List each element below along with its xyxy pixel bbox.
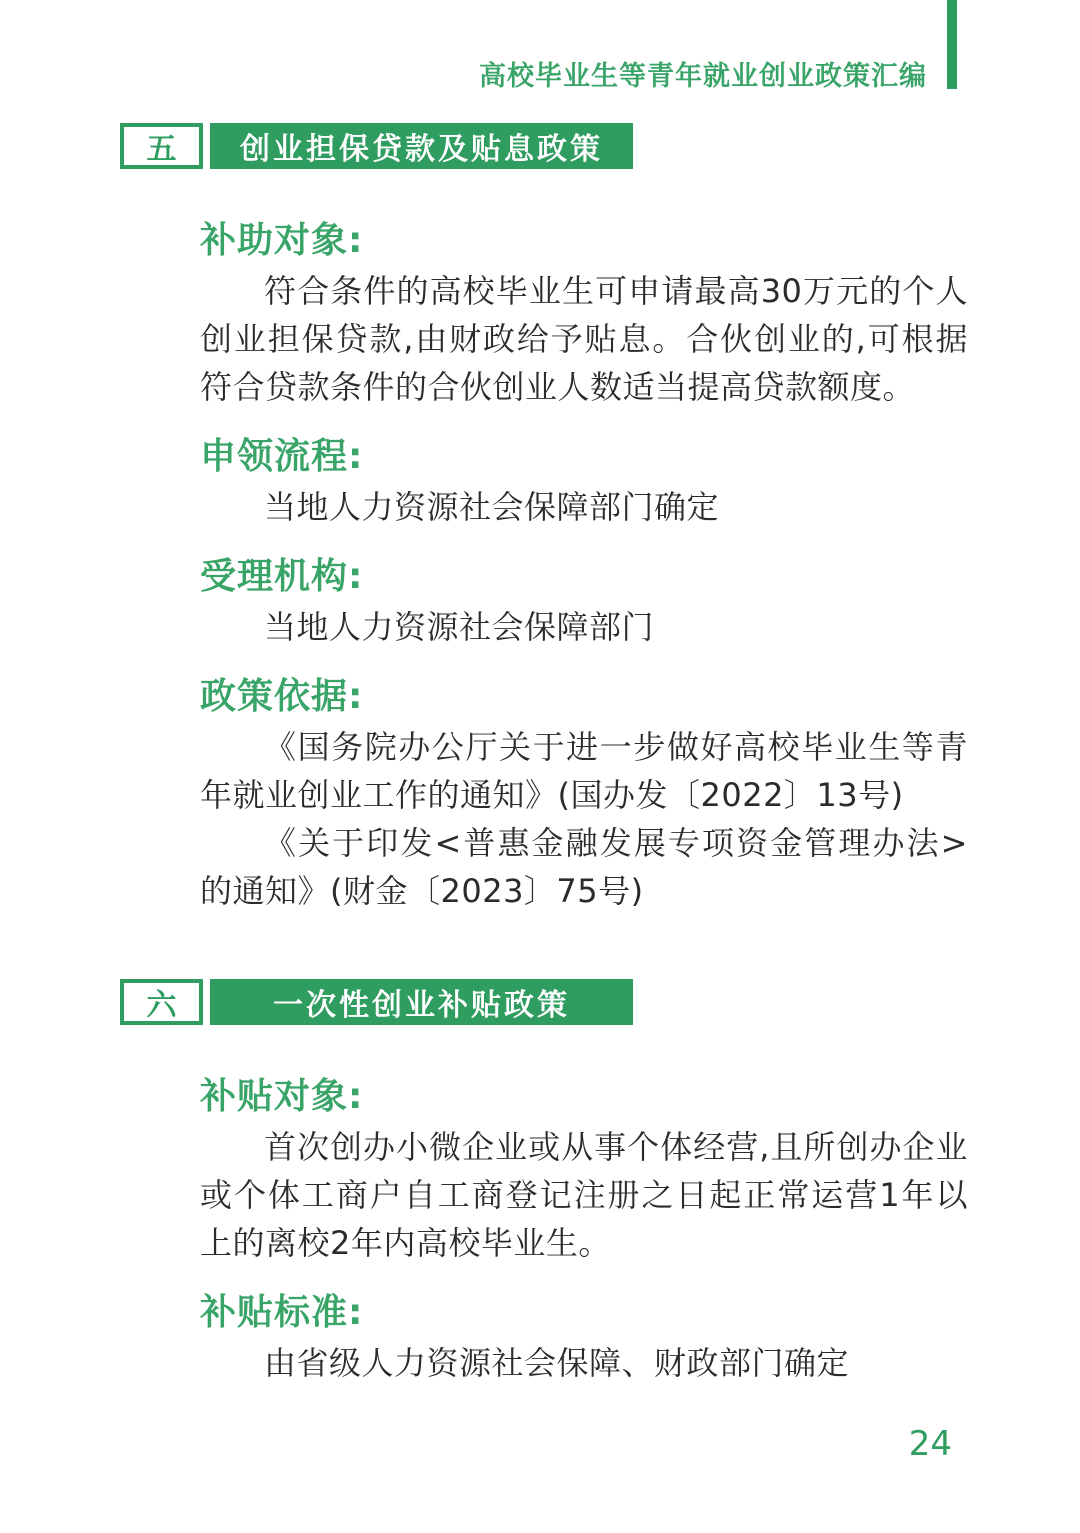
heading-policy-basis: 政策依据: — [200, 675, 968, 719]
paragraph-accepting-agency: 当地人力资源社会保障部门 — [200, 603, 968, 651]
section-six-number-badge: 六 — [120, 979, 203, 1025]
section-six: 六 一次性创业补贴政策 补贴对象: 首次创办小微企业或从事个体经营,且所创办企业… — [0, 979, 1080, 1387]
section-five-title-bar: 创业担保贷款及贴息政策 — [210, 123, 633, 169]
paragraph-application-process: 当地人力资源社会保障部门确定 — [200, 483, 968, 531]
heading-application-process: 申领流程: — [200, 435, 968, 479]
running-header-title: 高校毕业生等青年就业创业政策汇编 — [479, 54, 927, 93]
document-page: 高校毕业生等青年就业创业政策汇编 五 创业担保贷款及贴息政策 补助对象: 符合条… — [0, 0, 1080, 1533]
paragraph-policy-basis-1: 《国务院办公厅关于进一步做好高校毕业生等青年就业创业工作的通知》(国办发〔202… — [200, 723, 968, 819]
page-number: 24 — [909, 1424, 952, 1464]
heading-accepting-agency: 受理机构: — [200, 555, 968, 599]
heading-subsidy-target: 补助对象: — [200, 219, 968, 263]
paragraph-subsidy-recipients: 首次创办小微企业或从事个体经营,且所创办企业或个体工商户自工商登记注册之日起正常… — [200, 1123, 968, 1267]
paragraph-policy-basis-2: 《关于印发<普惠金融发展专项资金管理办法>的通知》(财金〔2023〕75号) — [200, 819, 968, 915]
section-five-number-badge: 五 — [120, 123, 203, 169]
section-six-title-bar: 一次性创业补贴政策 — [210, 979, 633, 1025]
document-body: 五 创业担保贷款及贴息政策 补助对象: 符合条件的高校毕业生可申请最高30万元的… — [0, 123, 1080, 1387]
heading-subsidy-recipients: 补贴对象: — [200, 1075, 968, 1119]
section-six-content: 补贴对象: 首次创办小微企业或从事个体经营,且所创办企业或个体工商户自工商登记注… — [200, 1025, 968, 1387]
paragraph-subsidy-standard: 由省级人力资源社会保障、财政部门确定 — [200, 1339, 968, 1387]
section-five-content: 补助对象: 符合条件的高校毕业生可申请最高30万元的个人创业担保贷款,由财政给予… — [200, 169, 968, 915]
paragraph-subsidy-target: 符合条件的高校毕业生可申请最高30万元的个人创业担保贷款,由财政给予贴息。合伙创… — [200, 267, 968, 411]
section-six-header: 六 一次性创业补贴政策 — [120, 979, 1080, 1025]
section-five: 五 创业担保贷款及贴息政策 补助对象: 符合条件的高校毕业生可申请最高30万元的… — [0, 123, 1080, 915]
header-accent-bar — [947, 0, 957, 89]
heading-subsidy-standard: 补贴标准: — [200, 1291, 968, 1335]
section-five-header: 五 创业担保贷款及贴息政策 — [120, 123, 1080, 169]
